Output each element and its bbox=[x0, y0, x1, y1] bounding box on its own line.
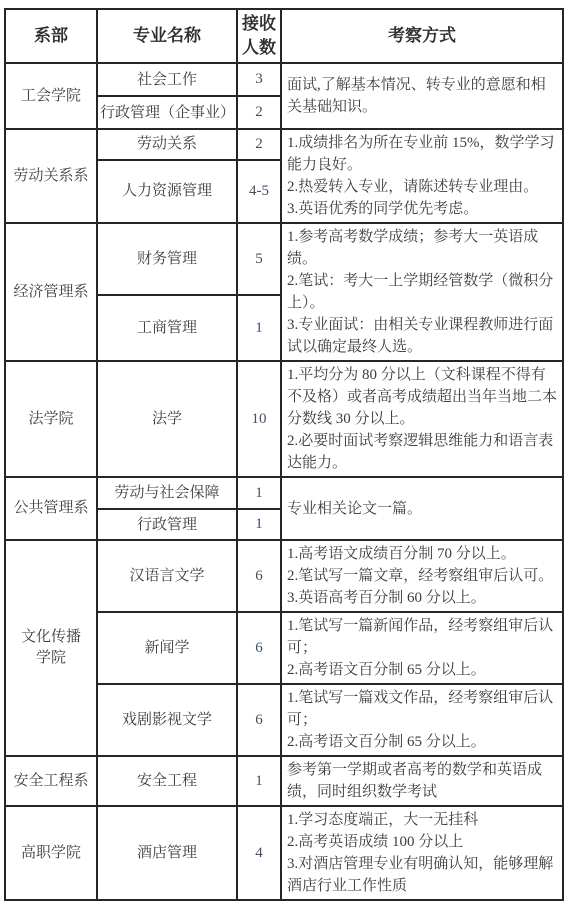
count-cell: 1 bbox=[237, 756, 281, 806]
header-method: 考察方式 bbox=[281, 9, 563, 63]
major-cell: 行政管理（企事业） bbox=[97, 96, 237, 129]
major-cell: 行政管理 bbox=[97, 509, 237, 540]
method-cell: 专业相关论文一篇。 bbox=[281, 477, 563, 540]
major-cell: 戏剧影视文学 bbox=[97, 684, 237, 756]
method-cell: 1.成绩排名为所在专业前 15%，数学学习能力良好。 2.热爱转入专业，请陈述转… bbox=[281, 129, 563, 223]
header-major: 专业名称 bbox=[97, 9, 237, 63]
count-cell: 1 bbox=[237, 509, 281, 540]
table-row: 文化传播 学院 汉语言文学 6 1.高考语文成绩百分制 70 分以上。 2.笔试… bbox=[5, 540, 563, 612]
count-cell: 1 bbox=[237, 295, 281, 361]
method-cell: 面试,了解基本情况、转专业的意愿和相关基础知识。 bbox=[281, 63, 563, 129]
count-cell: 2 bbox=[237, 129, 281, 160]
department-cell: 法学院 bbox=[5, 361, 97, 477]
count-cell: 6 bbox=[237, 684, 281, 756]
department-cell: 文化传播 学院 bbox=[5, 540, 97, 756]
table-row: 公共管理系 劳动与社会保障 1 专业相关论文一篇。 bbox=[5, 477, 563, 509]
method-cell: 1.高考语文成绩百分制 70 分以上。 2.笔试写一篇文章，经考察组审后认可。 … bbox=[281, 540, 563, 612]
table-row: 经济管理系 财务管理 5 1.参考高考数学成绩；参考大一英语成绩。 2.笔试：考… bbox=[5, 223, 563, 295]
major-cell: 法学 bbox=[97, 361, 237, 477]
department-cell: 工会学院 bbox=[5, 63, 97, 129]
count-cell: 6 bbox=[237, 612, 281, 684]
count-cell: 5 bbox=[237, 223, 281, 295]
header-row: 系部 专业名称 接收 人数 考察方式 bbox=[5, 9, 563, 63]
major-cell: 安全工程 bbox=[97, 756, 237, 806]
table-row: 劳动关系系 劳动关系 2 1.成绩排名为所在专业前 15%，数学学习能力良好。 … bbox=[5, 129, 563, 160]
method-cell: 1.学习态度端正，大一无挂科 2.高考英语成绩 100 分以上 3.对酒店管理专… bbox=[281, 806, 563, 900]
major-cell: 人力资源管理 bbox=[97, 160, 237, 223]
department-cell: 公共管理系 bbox=[5, 477, 97, 540]
table-row: 工会学院 社会工作 3 面试,了解基本情况、转专业的意愿和相关基础知识。 bbox=[5, 63, 563, 96]
count-cell: 4 bbox=[237, 806, 281, 900]
method-cell: 参考第一学期或者高考的数学和英语成绩，同时组织数学考试 bbox=[281, 756, 563, 806]
major-cell: 劳动关系 bbox=[97, 129, 237, 160]
count-cell: 2 bbox=[237, 96, 281, 129]
table-row: 安全工程系 安全工程 1 参考第一学期或者高考的数学和英语成绩，同时组织数学考试 bbox=[5, 756, 563, 806]
department-cell: 安全工程系 bbox=[5, 756, 97, 806]
method-cell: 1.笔试写一篇新闻作品，经考察组审后认可； 2.高考语文百分制 65 分以上。 bbox=[281, 612, 563, 684]
major-cell: 酒店管理 bbox=[97, 806, 237, 900]
major-cell: 汉语言文学 bbox=[97, 540, 237, 612]
major-cell: 劳动与社会保障 bbox=[97, 477, 237, 509]
count-cell: 6 bbox=[237, 540, 281, 612]
header-department: 系部 bbox=[5, 9, 97, 63]
count-cell: 3 bbox=[237, 63, 281, 96]
count-cell: 10 bbox=[237, 361, 281, 477]
table-row: 高职学院 酒店管理 4 1.学习态度端正，大一无挂科 2.高考英语成绩 100 … bbox=[5, 806, 563, 900]
method-cell: 1.笔试写一篇戏文作品，经考察组审后认可； 2.高考语文百分制 65 分以上。 bbox=[281, 684, 563, 756]
major-cell: 社会工作 bbox=[97, 63, 237, 96]
method-cell: 1.平均分为 80 分以上（文科课程不得有不及格）或者高考成绩超出当年当地二本分… bbox=[281, 361, 563, 477]
count-cell: 1 bbox=[237, 477, 281, 509]
transfer-majors-table: 系部 专业名称 接收 人数 考察方式 工会学院 社会工作 3 面试,了解基本情况… bbox=[4, 8, 564, 901]
major-cell: 工商管理 bbox=[97, 295, 237, 361]
table-row: 法学院 法学 10 1.平均分为 80 分以上（文科课程不得有不及格）或者高考成… bbox=[5, 361, 563, 477]
department-cell: 劳动关系系 bbox=[5, 129, 97, 223]
major-cell: 财务管理 bbox=[97, 223, 237, 295]
count-cell: 4-5 bbox=[237, 160, 281, 223]
major-cell: 新闻学 bbox=[97, 612, 237, 684]
method-cell: 1.参考高考数学成绩；参考大一英语成绩。 2.笔试：考大一上学期经管数学（微积分… bbox=[281, 223, 563, 361]
department-cell: 高职学院 bbox=[5, 806, 97, 900]
header-count: 接收 人数 bbox=[237, 9, 281, 63]
department-cell: 经济管理系 bbox=[5, 223, 97, 361]
